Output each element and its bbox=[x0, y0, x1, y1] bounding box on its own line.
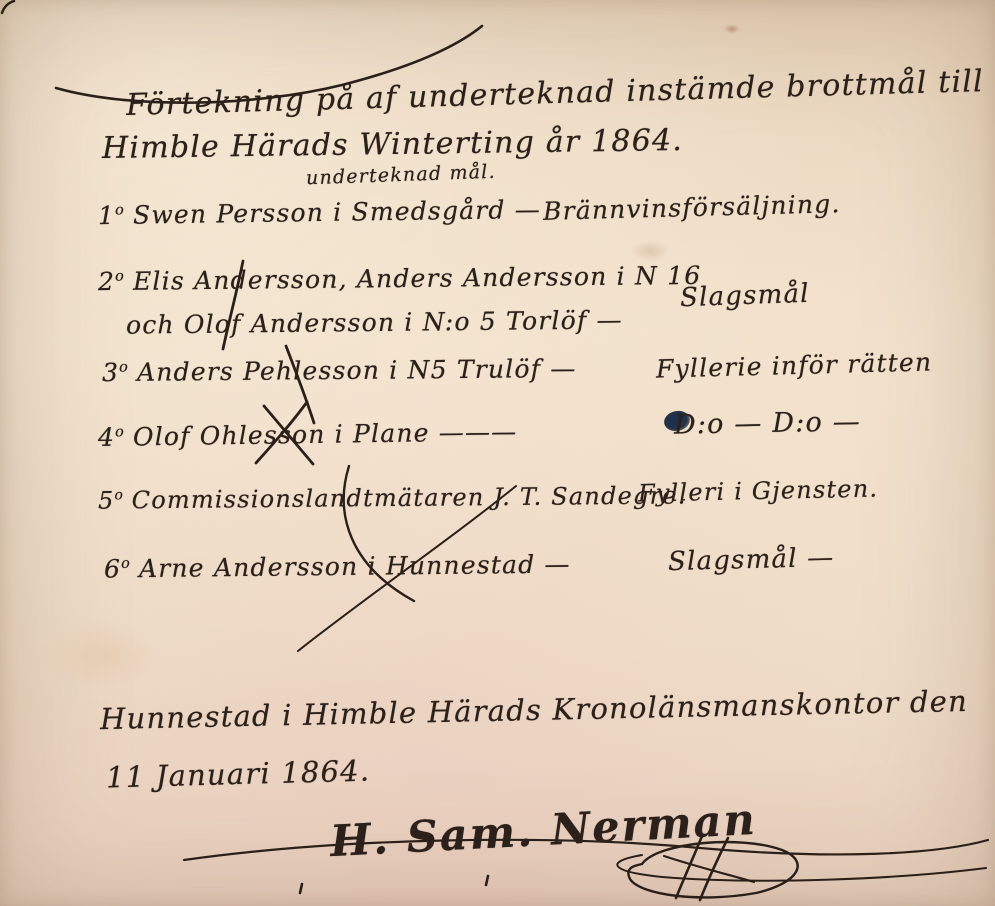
manuscript-page: Förtekning på af underteknad instämde br… bbox=[0, 0, 995, 906]
entry-3-party: 3o Anders Pehlesson i N5 Trulöf — bbox=[102, 354, 577, 387]
entry-6-charge: Slagsmål — bbox=[668, 543, 835, 577]
entry-4-party: 4o Olof Ohlesson i Plane ——— bbox=[98, 417, 518, 452]
entry-4-ordinal: o bbox=[115, 424, 124, 440]
signature-dot bbox=[300, 884, 302, 893]
entry-1-ordinal: o bbox=[115, 202, 124, 218]
entry-5-party-text: Commissionslandtmätaren J. T. Sandegre. bbox=[132, 481, 687, 514]
entry-2-number: 2 bbox=[98, 267, 115, 296]
signature-dot bbox=[486, 876, 488, 885]
entry-3-party-text: Anders Pehlesson i N5 Trulöf — bbox=[137, 354, 577, 387]
entry-6-party: 6o Arne Andersson i Hunnestad — bbox=[104, 550, 571, 584]
entry-4-number: 4 bbox=[98, 423, 116, 452]
entry-5-party: 5o Commissionslandtmätaren J. T. Sandegr… bbox=[98, 481, 687, 514]
entry-2-charge: Slagsmål bbox=[680, 279, 811, 314]
entry-3-ordinal: o bbox=[119, 360, 128, 376]
entry-1-party-text: Swen Persson i Smedsgård — bbox=[133, 195, 541, 230]
entry-2-party-line2: och Olof Andersson i N:o 5 Torlöf — bbox=[126, 305, 623, 339]
entry-6-number: 6 bbox=[104, 554, 121, 583]
entry-3-number: 3 bbox=[102, 358, 119, 387]
entry-1-number: 1 bbox=[98, 201, 116, 230]
entry-1-party: 1o Swen Persson i Smedsgård — bbox=[98, 195, 541, 230]
entry-5-number: 5 bbox=[98, 486, 115, 514]
entry-4-charge: D:o — D:o — bbox=[674, 406, 861, 440]
entry-2-ordinal: o bbox=[115, 269, 124, 285]
entry-6-ordinal: o bbox=[121, 556, 130, 572]
entry-4-party-text: Olof Ohlesson i Plane ——— bbox=[133, 417, 518, 451]
entry-2-party-text: Elis Andersson, Anders Andersson i N 16 bbox=[133, 261, 702, 296]
entry-5-ordinal: o bbox=[114, 487, 123, 503]
corner-mark bbox=[2, 1, 14, 13]
entry-5-charge: Fylleri i Gjensten. bbox=[638, 474, 879, 507]
closing-date-line: 11 Januari 1864. bbox=[106, 754, 371, 795]
entry-6-party-text: Arne Andersson i Hunnestad — bbox=[139, 550, 571, 584]
